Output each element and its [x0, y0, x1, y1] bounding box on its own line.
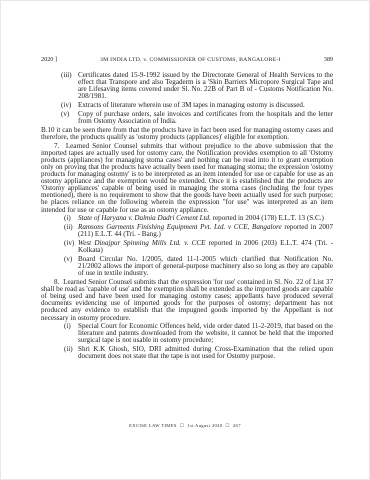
sub-list: (i) Special Court for Economic Offences …: [41, 323, 333, 360]
footer-page-number: 267: [233, 423, 241, 428]
citation-item: (iv) West Dinajpur Spinning Mills Ltd. v…: [64, 240, 333, 254]
list-item-text: Extracts of literature wherein use of 3M…: [78, 102, 333, 109]
list-item: (iv) Extracts of literature wherein use …: [61, 102, 333, 109]
list-item-number: (i): [64, 323, 78, 344]
paragraph-b10: B.10 it can be seen there from that the …: [41, 127, 333, 141]
citation-item: (ii) Ramsons Garments Finishing Equipmen…: [64, 224, 333, 238]
citation-item: (i) State of Haryana v. Dalmia Dadri Cem…: [64, 215, 333, 222]
issue-date: 1st August 2020: [187, 423, 222, 428]
paragraph-7: 7. Learned Senior Counsel submits that w…: [41, 143, 333, 214]
citation-list: (i) State of Haryana v. Dalmia Dadri Cem…: [41, 215, 333, 277]
evidence-list: (iii) Certificates dated 15-9-1992 issue…: [41, 72, 333, 125]
case-name: State of Haryana v. Dalmia Dadri Cement …: [78, 214, 211, 222]
header-page-number: 389: [324, 56, 333, 63]
page-footer: EXCISE LAW TIMES □ 1st August 2020 □ 267: [1, 423, 369, 429]
list-item-number: (ii): [64, 346, 78, 360]
page-header: 2020 ] 3M INDIA LTD. v. COMMISSIONER OF …: [41, 56, 333, 63]
citation-text: West Dinajpur Spinning Mills Ltd. v. CCE…: [78, 240, 333, 254]
list-item: (v) Copy of purchase orders, sale invoic…: [61, 111, 333, 125]
list-item: (i) Special Court for Economic Offences …: [64, 323, 333, 344]
list-item-text: Special Court for Economic Offences held…: [78, 323, 333, 344]
citation-text: Ramsons Garments Finishing Equipment Pvt…: [78, 224, 333, 238]
citation-reference: reported in 2004 (178) E.L.T. 13 (S.C.): [211, 214, 324, 222]
list-item-text: Copy of purchase orders, sale invoices a…: [78, 111, 333, 125]
list-item-number: (iv): [64, 240, 78, 254]
document-page: 2020 ] 3M INDIA LTD. v. COMMISSIONER OF …: [0, 0, 370, 480]
square-separator-icon: □: [178, 423, 185, 429]
list-item-number: (ii): [64, 224, 78, 238]
journal-name: EXCISE LAW TIMES: [129, 423, 177, 428]
paragraph-8: 8. Learned Senior Counsel submits that t…: [41, 279, 333, 322]
citation-text: State of Haryana v. Dalmia Dadri Cement …: [78, 215, 333, 222]
list-item: (iii) Certificates dated 15-9-1992 issue…: [61, 72, 333, 100]
citation-item: (v) Board Circular No. 1/2005, dated 11-…: [64, 256, 333, 277]
list-item: (ii) Shri K.K Ghosh, SIO, DRI admitted d…: [64, 346, 333, 360]
list-item-text: Certificates dated 15-9-1992 issued by t…: [78, 72, 333, 100]
list-item-number: (v): [64, 256, 78, 277]
citation-text: Board Circular No. 1/2005, dated 11-1-20…: [78, 256, 333, 277]
square-separator-icon: □: [224, 423, 231, 429]
document-body: (iii) Certificates dated 15-9-1992 issue…: [41, 72, 333, 362]
citation-reference: Board Circular No. 1/2005, dated 11-1-20…: [78, 255, 333, 277]
header-year: 2020 ]: [41, 56, 57, 63]
list-item-number: (i): [64, 215, 78, 222]
header-case-title: 3M INDIA LTD. v. COMMISSIONER OF CUSTOMS…: [57, 57, 324, 63]
list-item-number: (v): [61, 111, 78, 125]
list-item-number: (iv): [61, 102, 78, 109]
list-item-number: (iii): [61, 72, 78, 100]
list-item-text: Shri K.K Ghosh, SIO, DRI admitted during…: [78, 346, 333, 360]
